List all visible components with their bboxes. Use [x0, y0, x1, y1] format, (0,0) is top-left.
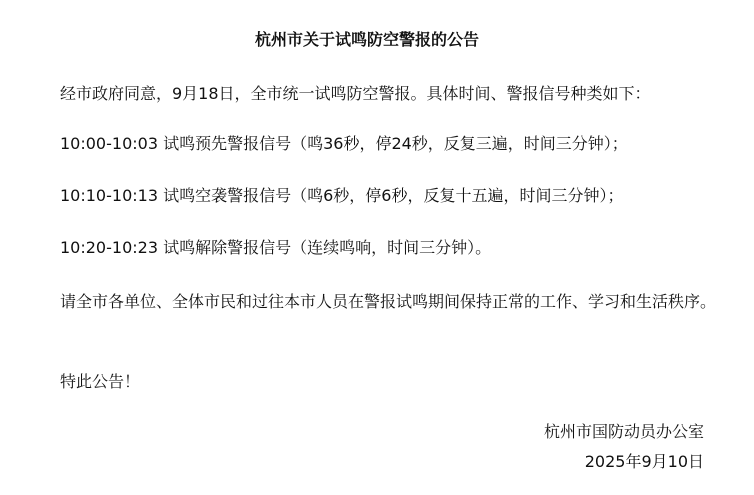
- issue-date: 2025年9月10日: [585, 451, 704, 473]
- signal-item-air-raid: 10:10-10:13 试鸣空袭警报信号（鸣6秒，停6秒，反复十五遍，时间三分钟…: [28, 180, 718, 212]
- request-paragraph: 请全市各单位、全体市民和过往本市人员在警报试鸣期间保持正常的工作、学习和生活秩序…: [28, 286, 718, 318]
- signal-item-pre-warning: 10:00-10:03 试鸣预先警报信号（鸣36秒，停24秒，反复三遍，时间三分…: [28, 128, 718, 160]
- closing-text: 特此公告！: [28, 366, 718, 398]
- intro-paragraph: 经市政府同意，9月18日，全市统一试鸣防空警报。具体时间、警报信号种类如下：: [28, 78, 718, 110]
- signal-item-all-clear: 10:20-10:23 试鸣解除警报信号（连续鸣响，时间三分钟）。: [28, 232, 718, 264]
- notice-title: 杭州市关于试鸣防空警报的公告: [0, 29, 734, 51]
- issuer-name: 杭州市国防动员办公室: [544, 421, 704, 443]
